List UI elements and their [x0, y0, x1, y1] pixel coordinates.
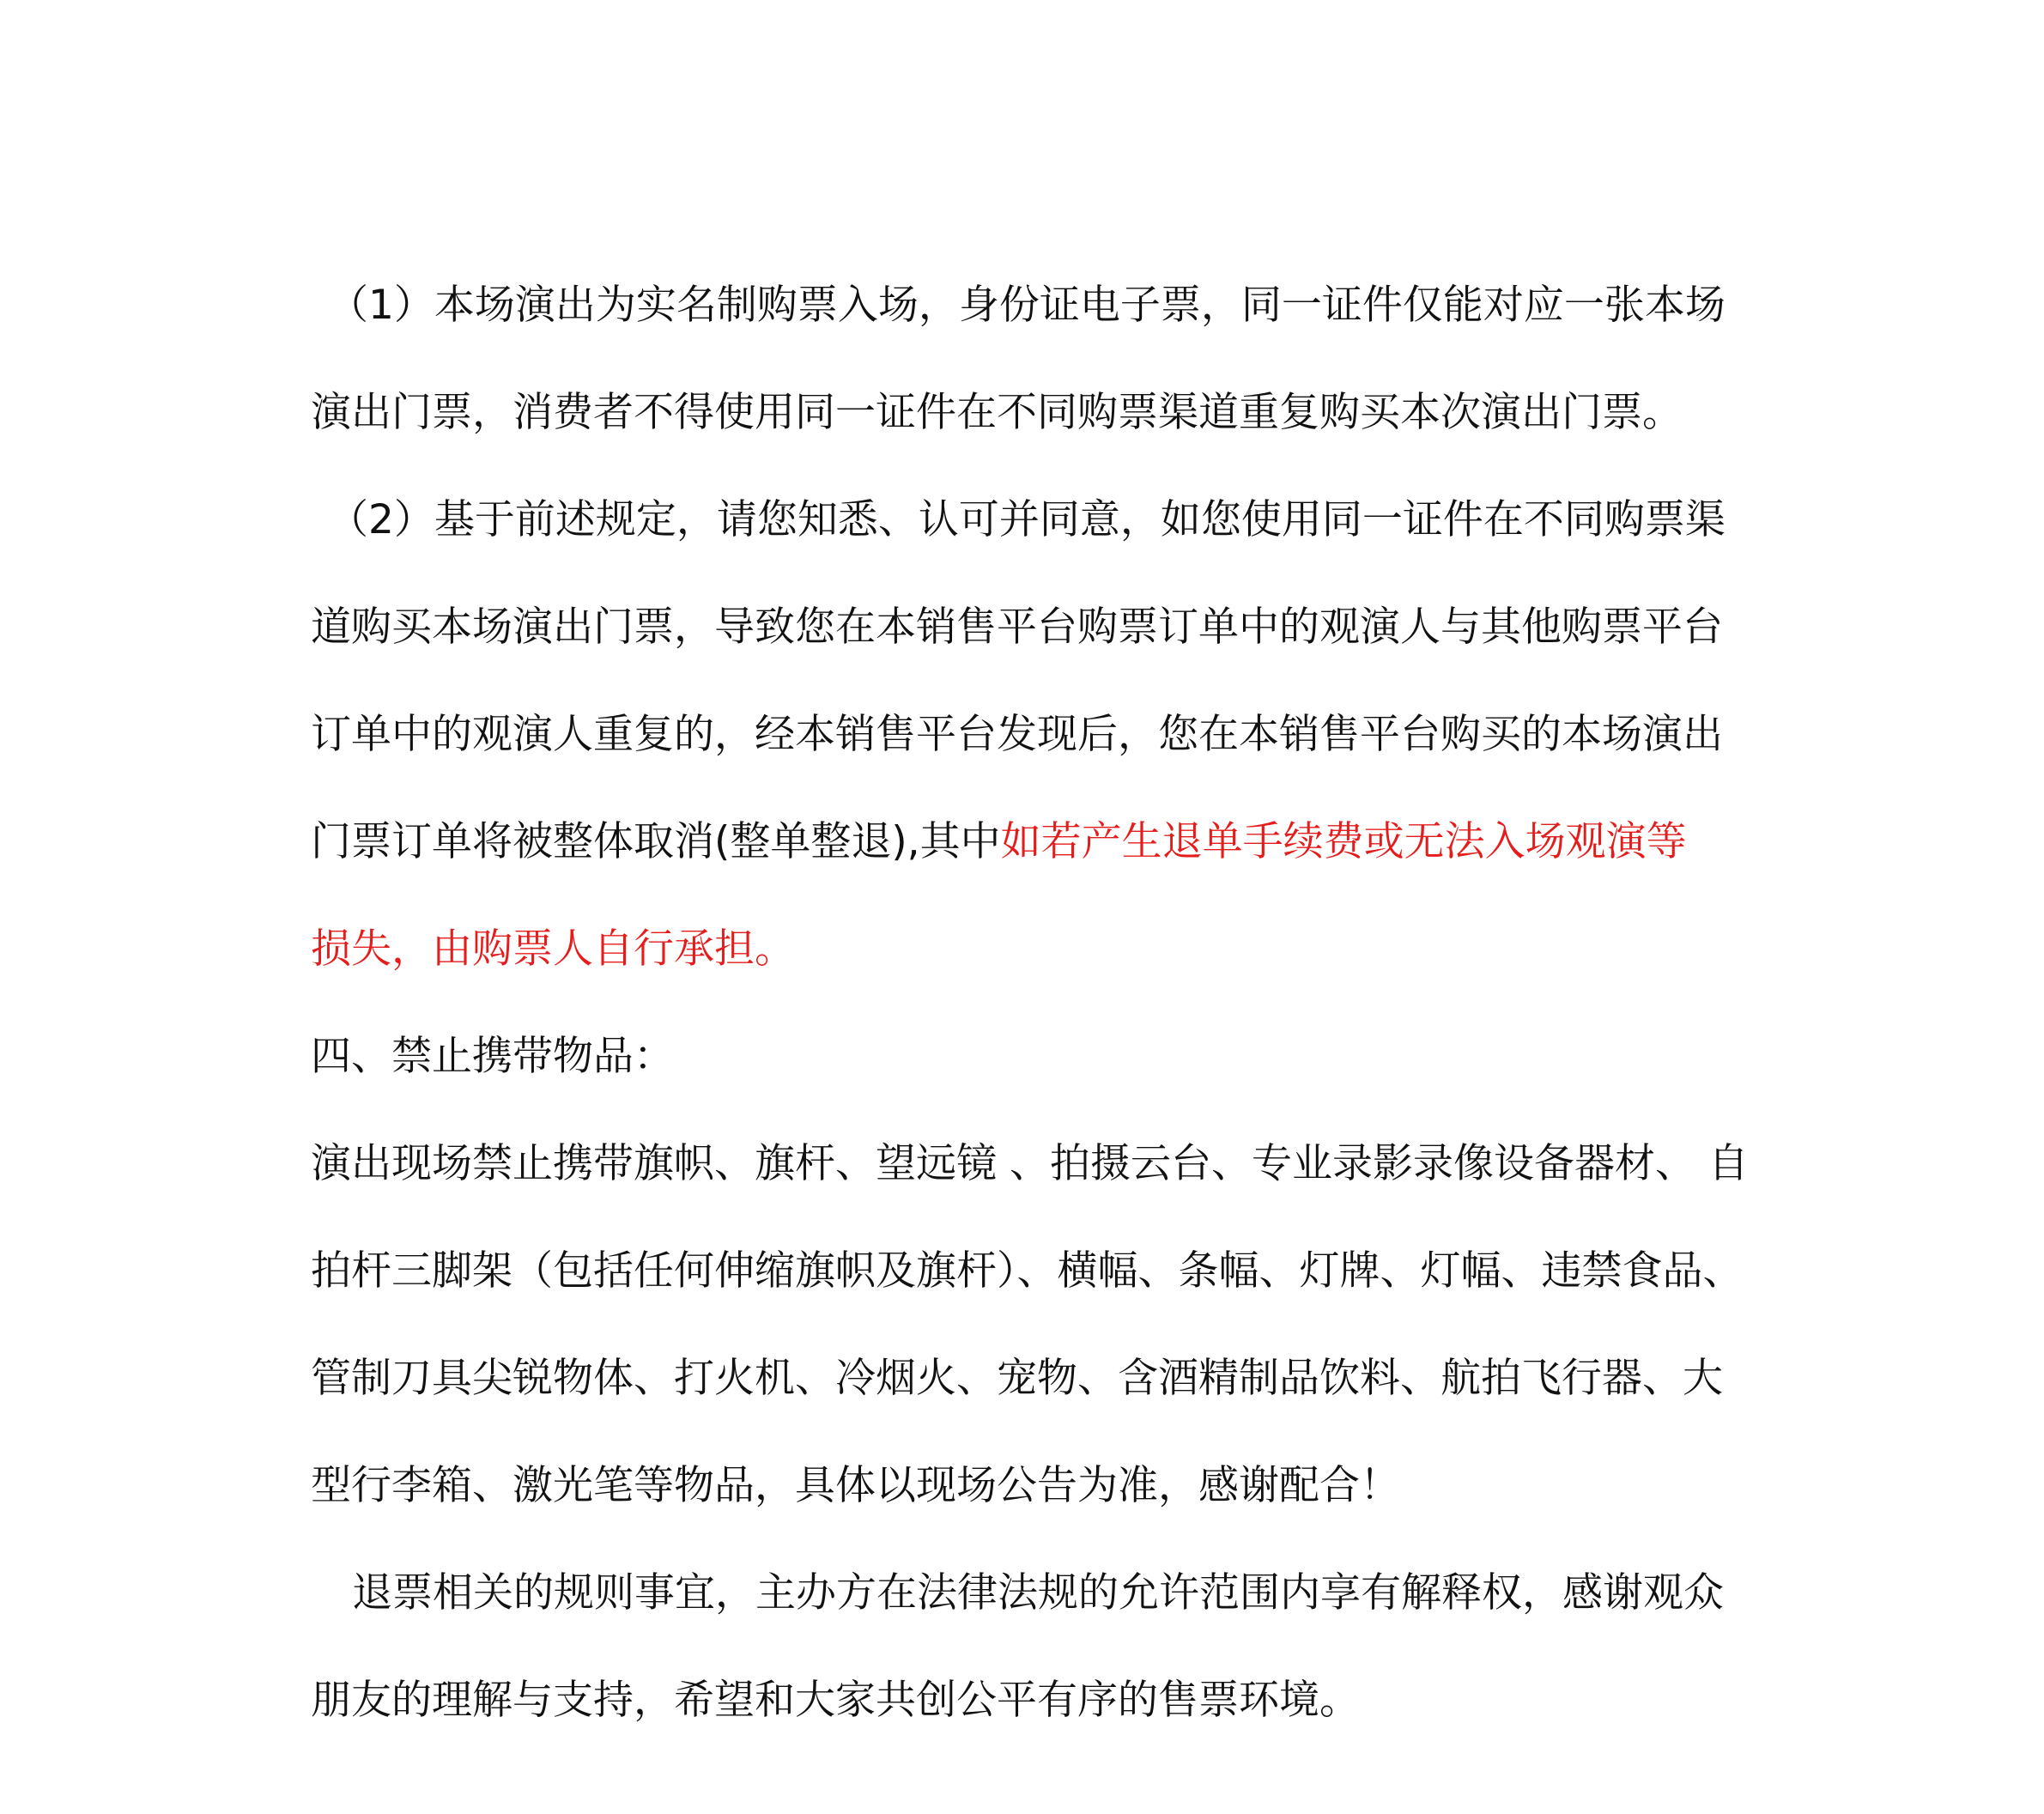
closing-line-1: 退票相关的规则事宜，主办方在法律法规的允许范围内享有解释权，感谢观众 [311, 1561, 1736, 1668]
section-4-heading: 四、禁止携带物品： [311, 1024, 1736, 1131]
prohibited-items-line-2: 拍杆三脚架（包括任何伸缩旗帜及旗杆）、横幅、条幅、灯牌、灯幅、违禁食品、 [311, 1239, 1736, 1346]
document-page: （1）本场演出为实名制购票入场，身份证电子票，同一证件仅能对应一张本场 演出门票… [311, 273, 1736, 1775]
clause-2-line-1: （2）基于前述规定，请您知悉、认可并同意，如您使用同一证件在不同购票渠 [311, 488, 1736, 595]
clause-2-line-4-normal-text: 门票订单将被整体取消(整单整退),其中 [311, 818, 1001, 865]
prohibited-items-line-1: 演出现场禁止携带旗帜、旗杆、望远镜 、拍摄云台、专业录影录像设备器材、 自 [311, 1131, 1736, 1239]
clause-2-line-3: 订单中的观演人重复的，经本销售平台发现后，您在本销售平台购买的本场演出 [311, 702, 1736, 810]
prohibited-items-line-3: 管制刀具尖锐物体、打火机、冷烟火、宠物、含酒精制品饮料、航拍飞行器、大 [311, 1346, 1736, 1453]
closing-line-2: 朋友的理解与支持，希望和大家共创公平有序的售票环境。 [311, 1668, 1736, 1775]
prohibited-items-line-4: 型行李箱、激光笔等物品，具体以现场公告为准，感谢配合！ [311, 1453, 1736, 1561]
clause-2-emphasis-text: 如若产生退单手续费或无法入场观演等 [1001, 818, 1687, 865]
clause-1-line-2: 演出门票，消费者不得使用同一证件在不同购票渠道重复购买本次演出门票。 [311, 380, 1736, 488]
clause-2-line-5-emphasis: 损失，由购票人自行承担。 [311, 917, 1736, 1024]
clause-2-line-4: 门票订单将被整体取消(整单整退),其中如若产生退单手续费或无法入场观演等 [311, 810, 1736, 917]
clause-1-line-1: （1）本场演出为实名制购票入场，身份证电子票，同一证件仅能对应一张本场 [311, 273, 1736, 380]
clause-2-line-2: 道购买本场演出门票，导致您在本销售平台购票订单中的观演人与其他购票平台 [311, 595, 1736, 702]
